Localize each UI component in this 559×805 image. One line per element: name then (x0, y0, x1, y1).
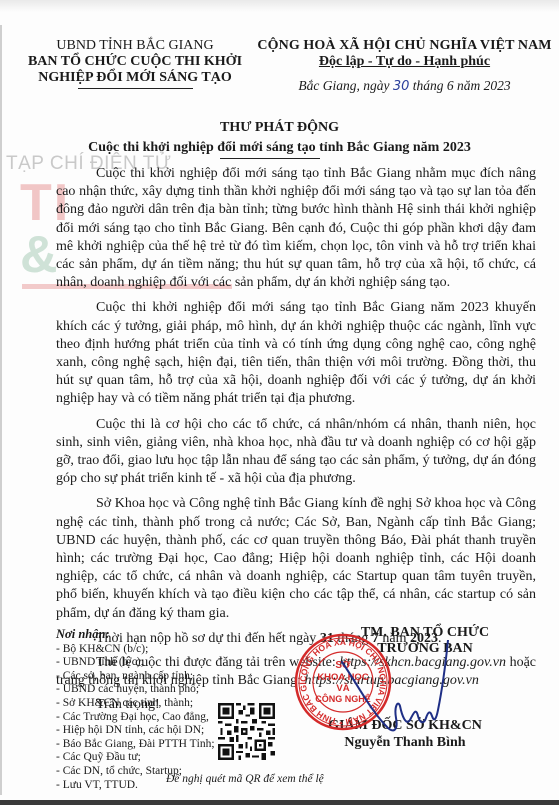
date-suffix: tháng 6 năm 2023 (409, 78, 510, 93)
qr-caption: Đề nghị quét mã QR để xem thể lệ (166, 773, 324, 785)
signature-on-behalf: TM. BAN TỔ CHỨC (290, 625, 520, 641)
top-shadow (0, 0, 559, 12)
document-page: TẠP CHÍ ĐIỆN TỬ TI & UBND TỈNH BẮC GIANG… (0, 0, 559, 800)
national-header: CỘNG HOÀ XÃ HỘI CHỦ NGHĨA VIỆT NAM Độc l… (250, 38, 559, 95)
paragraph-request: Sở Khoa học và Công nghệ tỉnh Bắc Giang … (56, 495, 536, 622)
date-day-handwritten: 30 (393, 79, 410, 94)
recipient-item: - Bộ KH&CN (b/c); (56, 643, 256, 657)
title-main: THƯ PHÁT ĐỘNG (0, 118, 559, 138)
handwritten-signature-icon (340, 640, 450, 740)
paragraph-opportunity: Cuộc thi là cơ hội cho các tổ chức, cá n… (56, 416, 536, 489)
recipient-item: - UBND các huyện, thành phố; (56, 683, 256, 697)
recipients-heading: Nơi nhận: (56, 628, 256, 642)
recipient-item: - UBND tỉnh (b/c); (56, 656, 256, 670)
title-underline (220, 158, 320, 159)
org-underline (78, 88, 193, 89)
org-line1: BAN TỔ CHỨC CUỘC THI KHỞI (20, 54, 250, 70)
document-date: Bắc Giang, ngày 30 tháng 6 năm 2023 (250, 78, 559, 95)
authority-name: UBND TỈNH BẮC GIANG (20, 38, 250, 54)
viewer-bottom-bar (0, 800, 559, 805)
issuing-authority: UBND TỈNH BẮC GIANG BAN TỔ CHỨC CUỘC THI… (20, 38, 250, 89)
nation-name: CỘNG HOÀ XÃ HỘI CHỦ NGHĨA VIỆT NAM (250, 38, 559, 54)
recipient-item: - Các sở, ban, ngành cấp tỉnh; (56, 670, 256, 684)
document-title: THƯ PHÁT ĐỘNG Cuộc thi khởi nghiệp đổi m… (0, 118, 559, 159)
date-prefix: Bắc Giang, ngày (298, 78, 392, 93)
watermark-line3: & (20, 225, 60, 285)
paragraph-encouragement: Cuộc thi khởi nghiệp đổi mới sáng tạo tỉ… (56, 299, 536, 408)
qr-code-icon[interactable] (218, 703, 275, 760)
org-line2: NGHIỆP ĐỔI MỚI SÁNG TẠO (20, 70, 250, 86)
paragraph-purpose: Cuộc thi khởi nghiệp đổi mới sáng tạo tỉ… (56, 165, 536, 292)
national-motto: Độc lập - Tự do - Hạnh phúc (250, 54, 559, 70)
title-subtitle: Cuộc thi khởi nghiệp đổi mới sáng tạo tỉ… (0, 138, 559, 158)
